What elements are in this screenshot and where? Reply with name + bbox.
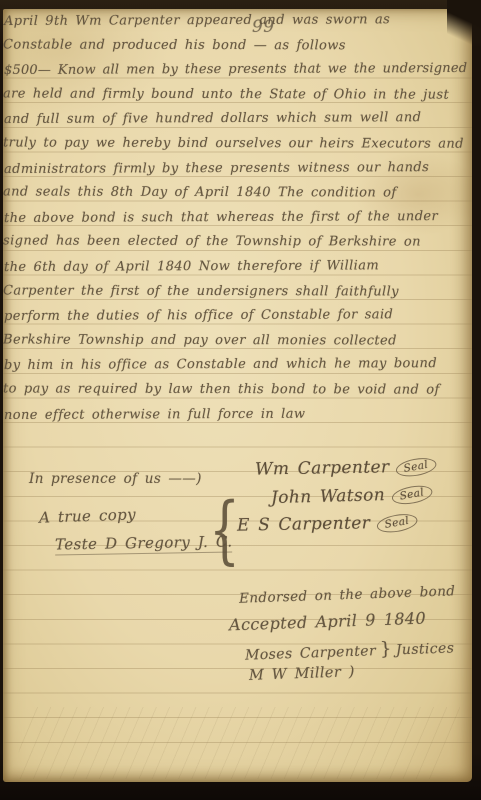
signature-john-watson: John WatsonSeal <box>271 484 433 509</box>
signature-name: Wm Carpenter <box>255 457 390 479</box>
manuscript-line: truly to pay we hereby bind ourselves ou… <box>3 131 448 157</box>
bond-text-block: April 9th Wm Carpenter appeared and was … <box>3 9 448 427</box>
endorsement-line: Endorsed on the above bond <box>239 583 456 607</box>
bleed-through-marks <box>12 707 460 779</box>
justice-name: Moses Carpenter <box>245 643 376 664</box>
manuscript-line: are held and firmly bound unto the State… <box>3 82 448 108</box>
signature-es-carpenter: E S CarpenterSeal <box>237 512 418 536</box>
manuscript-line: perform the duties of his office of Cons… <box>4 303 449 330</box>
endorsement-justice-1: Moses Carpenter}Justices <box>245 636 455 664</box>
ledger-photo: 99 April 9th Wm Carpenter appeared and w… <box>0 0 481 800</box>
manuscript-line: signed has been elected of the Township … <box>3 230 448 256</box>
teste-signature: Teste D Gregory J. C. <box>55 532 233 555</box>
manuscript-line: none effect otherwise in full force in l… <box>4 402 449 429</box>
manuscript-line: Carpenter the first of the undersigners … <box>3 279 448 305</box>
manuscript-line: the above bond is such that whereas the … <box>4 205 449 232</box>
manuscript-line: to pay as required by law then this bond… <box>3 377 448 403</box>
manuscript-line: Constable and produced his bond — as fol… <box>3 33 448 59</box>
seal-mark: Seal <box>376 511 419 535</box>
manuscript-line: $500— Know all men by these presents tha… <box>4 57 449 84</box>
endorsement-justice-2: M W Miller ) <box>249 664 355 684</box>
witness-clause: In presence of us ——) <box>29 471 202 487</box>
true-copy-note: A true copy <box>39 505 137 526</box>
justices-brace: } <box>380 639 393 660</box>
manuscript-line: administrators firmly by these presents … <box>4 156 449 183</box>
seal-mark: Seal <box>391 483 434 507</box>
manuscript-line: Berkshire Township and pay over all moni… <box>3 328 448 354</box>
signature-name: John Watson <box>271 485 386 508</box>
manuscript-line: the 6th day of April 1840 Now therefore … <box>4 254 449 281</box>
seal-mark: Seal <box>395 455 438 479</box>
endorsement-accepted: Accepted April 9 1840 <box>229 609 427 635</box>
signature-brace: { <box>209 493 240 567</box>
signature-wm-carpenter: Wm CarpenterSeal <box>255 456 437 480</box>
signature-name: E S Carpenter <box>237 513 371 535</box>
manuscript-line: by him in his office as Constable and wh… <box>4 352 449 379</box>
book-edge-shadow <box>447 0 481 64</box>
manuscript-line: April 9th Wm Carpenter appeared and was … <box>4 8 449 35</box>
ledger-page: 99 April 9th Wm Carpenter appeared and w… <box>3 9 472 782</box>
manuscript-line: and full sum of five hundred dollars whi… <box>4 106 449 133</box>
manuscript-line: and seals this 8th Day of April 1840 The… <box>3 181 448 207</box>
justices-label: Justices <box>396 640 455 658</box>
